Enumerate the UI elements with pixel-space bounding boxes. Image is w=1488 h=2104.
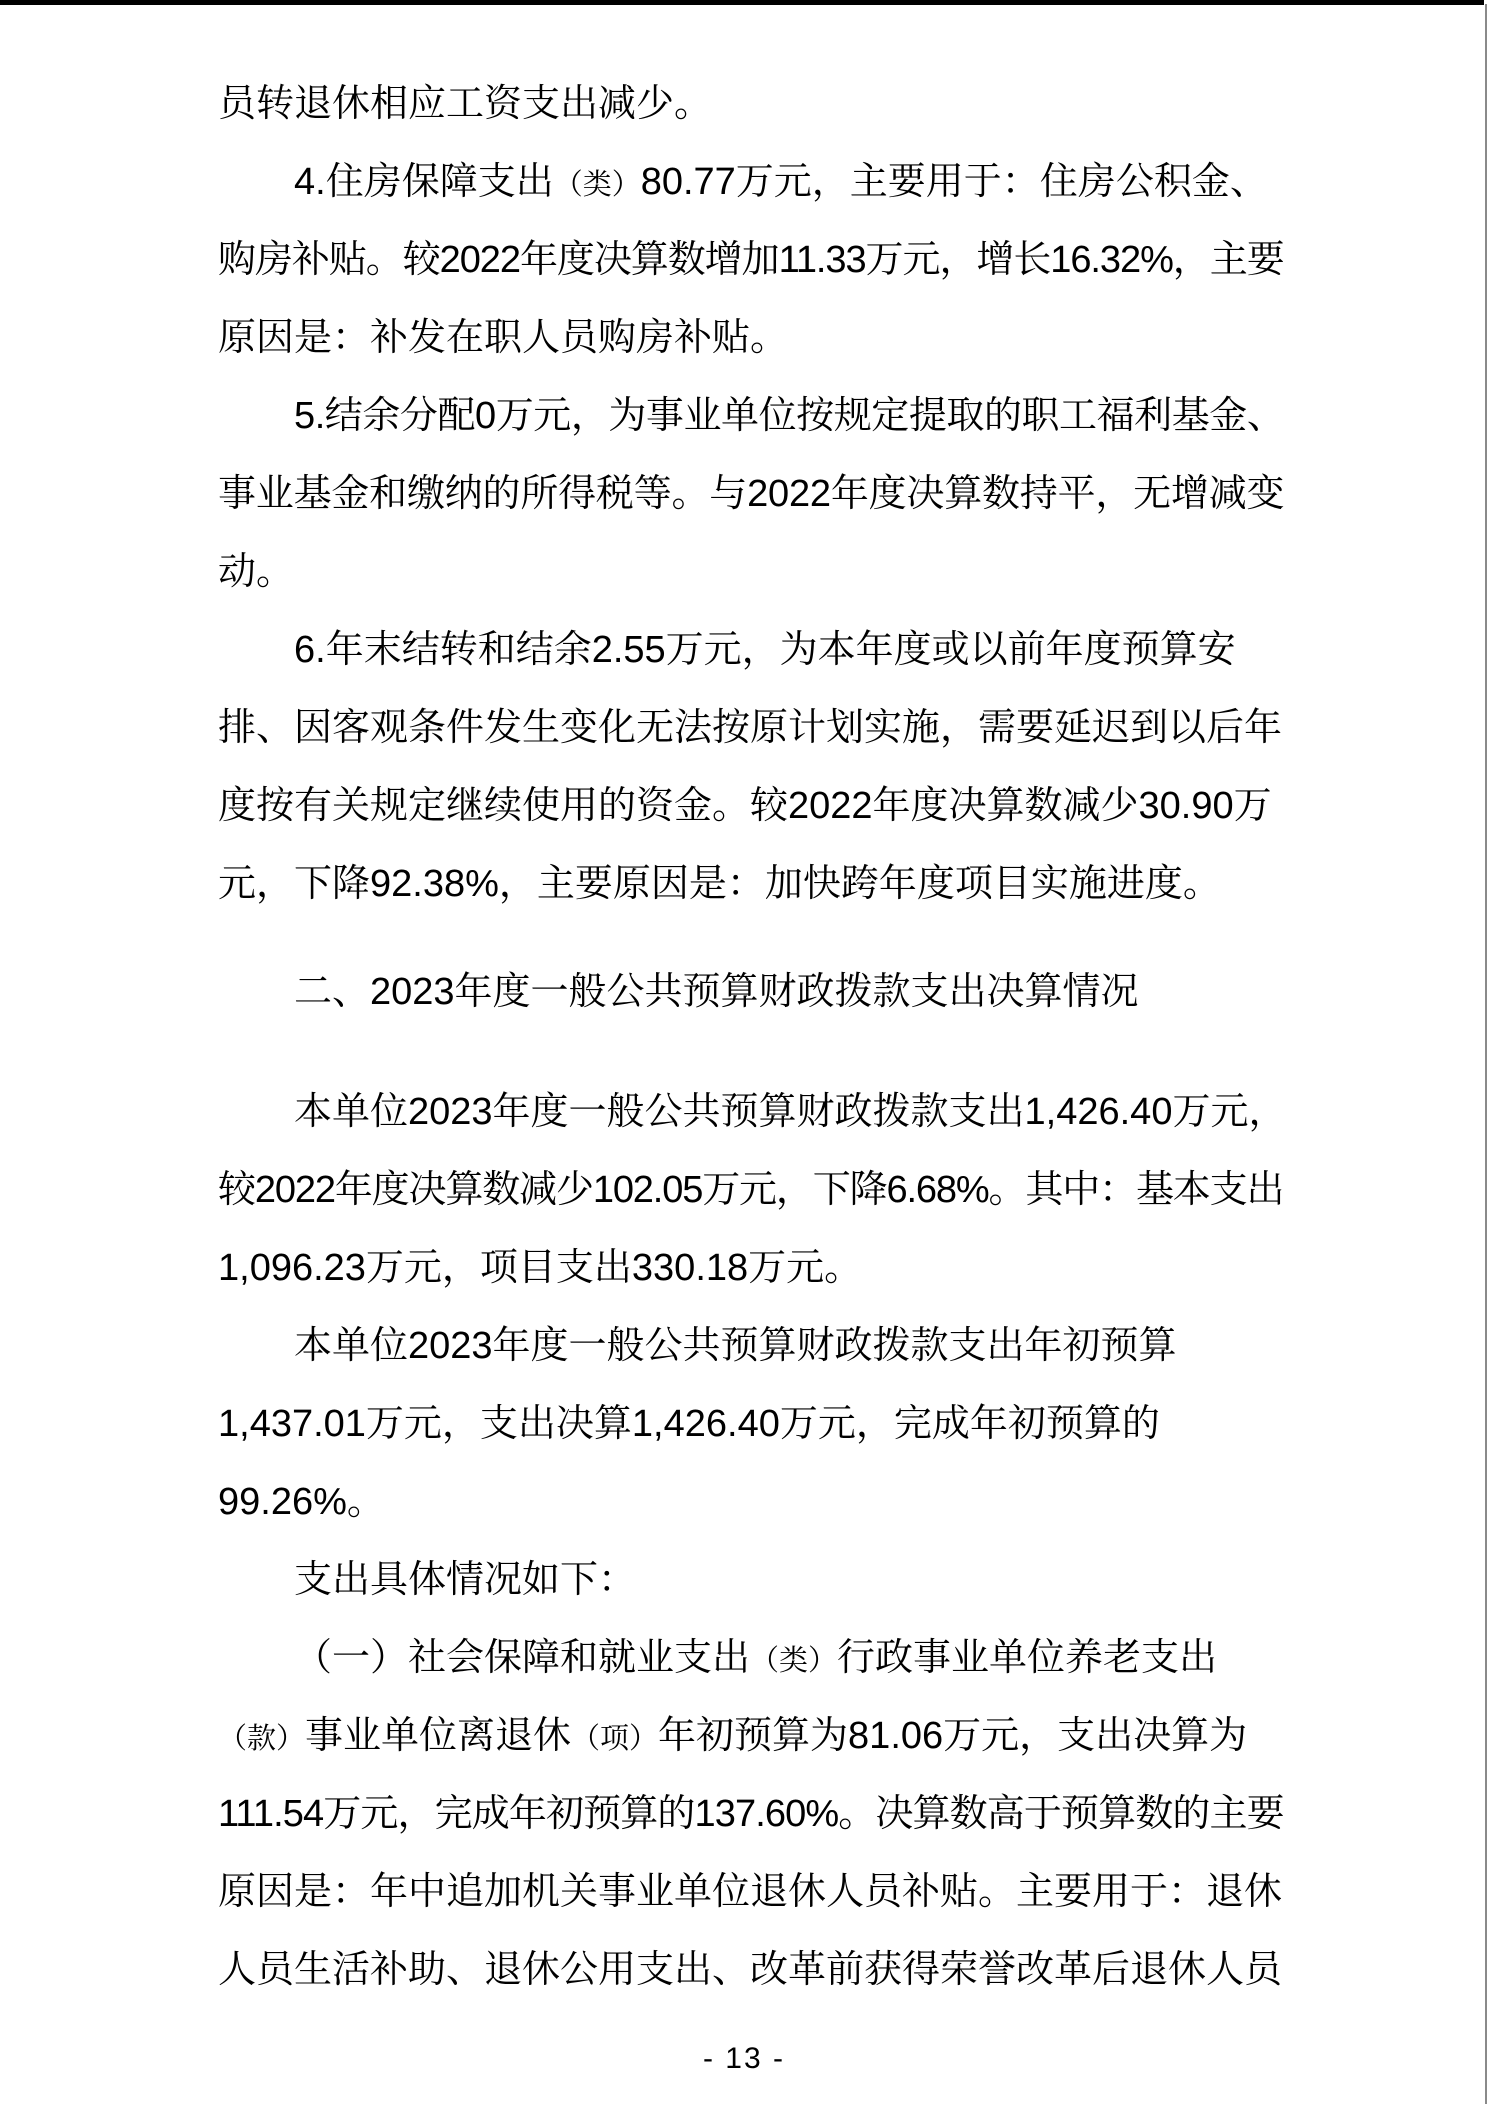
text-line: 6.年末结转和结余2.55万元，为本年度或以前年度预算安 [218,611,1285,689]
text-segment: 元，下降92.38%，主要原因是：加快跨年度项目实施进度。 [218,863,1221,905]
text-segment: 排、因客观条件发生变化无法按原计划实施，需要延迟到以后年 [218,707,1282,749]
text-segment: 1,437.01万元，支出决算1,426.40万元，完成年初预算的 [218,1403,1160,1445]
text-segment: 原因是：补发在职人员购房补贴。 [218,317,788,359]
text-segment: 6.年末结转和结余2.55万元，为本年度或以前年度预算安 [294,629,1236,671]
budget-code-marker: （类） [750,1645,837,1677]
text-line: 1,437.01万元，支出决算1,426.40万元，完成年初预算的 [218,1385,1285,1463]
text-segment: 99.26%。 [218,1481,385,1523]
top-border-bar [0,0,1484,5]
text-line: 支出具体情况如下： [218,1541,1285,1619]
text-segment: 事业单位离退休 [305,1715,571,1757]
text-segment: 事业基金和缴纳的所得税等。与2022年度决算数持平，无增减变 [218,473,1284,515]
document-page: 员转退休相应工资支出减少。4.住房保障支出（类）80.77万元，主要用于：住房公… [0,0,1488,2104]
text-segment: 购房补贴。较2022年度决算数增加11.33万元，增长16.32%，主要 [218,239,1284,281]
text-line: （款）事业单位离退休（项）年初预算为81.06万元，支出决算为 [218,1697,1285,1775]
text-segment: 支出具体情况如下： [294,1559,636,1601]
text-line: 99.26%。 [218,1463,1285,1541]
text-line: 本单位2023年度一般公共预算财政拨款支出年初预算 [218,1307,1285,1385]
budget-code-marker: （项） [571,1723,658,1755]
text-line: 1,096.23万元，项目支出330.18万元。 [218,1229,1285,1307]
text-segment: 4.住房保障支出 [294,161,554,203]
text-segment: 111.54万元，完成年初预算的137.60%。决算数高于预算数的主要 [218,1793,1284,1835]
text-segment: 二、2023年度一般公共预算财政拨款支出决算情况 [294,971,1139,1013]
page-number: - 13 - [0,2042,1488,2076]
text-line: 人员生活补助、退休公用支出、改革前获得荣誉改革后退休人员 [218,1931,1285,2009]
text-segment: （一）社会保障和就业支出 [294,1637,750,1679]
text-line: 111.54万元，完成年初预算的137.60%。决算数高于预算数的主要 [218,1775,1285,1853]
text-segment: 原因是：年中追加机关事业单位退休人员补贴。主要用于：退休 [218,1871,1282,1913]
budget-code-marker: （款） [218,1723,305,1755]
text-line: 动。 [218,533,1285,611]
text-line: 4.住房保障支出（类）80.77万元，主要用于：住房公积金、 [218,143,1285,221]
text-line: 购房补贴。较2022年度决算数增加11.33万元，增长16.32%，主要 [218,221,1285,299]
text-segment: 较2022年度决算数减少102.05万元，下降6.68%。其中：基本支出 [218,1169,1283,1211]
text-segment: 本单位2023年度一般公共预算财政拨款支出1,426.40万元， [294,1091,1285,1133]
text-line: 原因是：年中追加机关事业单位退休人员补贴。主要用于：退休 [218,1853,1285,1931]
text-line: 员转退休相应工资支出减少。 [218,65,1285,143]
text-line: 本单位2023年度一般公共预算财政拨款支出1,426.40万元， [218,1073,1285,1151]
section-heading: 二、2023年度一般公共预算财政拨款支出决算情况 [218,953,1285,1031]
text-line: 5.结余分配0万元，为事业单位按规定提取的职工福利基金、 [218,377,1285,455]
text-line: （一）社会保障和就业支出（类）行政事业单位养老支出 [218,1619,1285,1697]
text-line: 事业基金和缴纳的所得税等。与2022年度决算数持平，无增减变 [218,455,1285,533]
text-segment: 度按有关规定继续使用的资金。较2022年度决算数减少30.90万 [218,785,1272,827]
text-segment: 80.77万元，主要用于：住房公积金、 [641,161,1268,203]
text-segment: 人员生活补助、退休公用支出、改革前获得荣誉改革后退休人员 [218,1949,1282,1991]
text-line: 元，下降92.38%，主要原因是：加快跨年度项目实施进度。 [218,845,1285,923]
text-line: 度按有关规定继续使用的资金。较2022年度决算数减少30.90万 [218,767,1285,845]
text-segment: 本单位2023年度一般公共预算财政拨款支出年初预算 [294,1325,1177,1367]
document-body: 员转退休相应工资支出减少。4.住房保障支出（类）80.77万元，主要用于：住房公… [218,65,1285,2009]
budget-code-marker: （类） [554,169,641,201]
text-segment: 5.结余分配0万元，为事业单位按规定提取的职工福利基金、 [294,395,1284,437]
text-line: 排、因客观条件发生变化无法按原计划实施，需要延迟到以后年 [218,689,1285,767]
text-segment: 动。 [218,551,294,593]
text-line: 原因是：补发在职人员购房补贴。 [218,299,1285,377]
text-line: 较2022年度决算数减少102.05万元，下降6.68%。其中：基本支出 [218,1151,1285,1229]
text-segment: 年初预算为81.06万元，支出决算为 [658,1715,1247,1757]
text-segment: 1,096.23万元，项目支出330.18万元。 [218,1247,862,1289]
text-segment: 行政事业单位养老支出 [837,1637,1217,1679]
text-segment: 员转退休相应工资支出减少。 [218,83,712,125]
right-edge-line [1485,4,1487,2104]
